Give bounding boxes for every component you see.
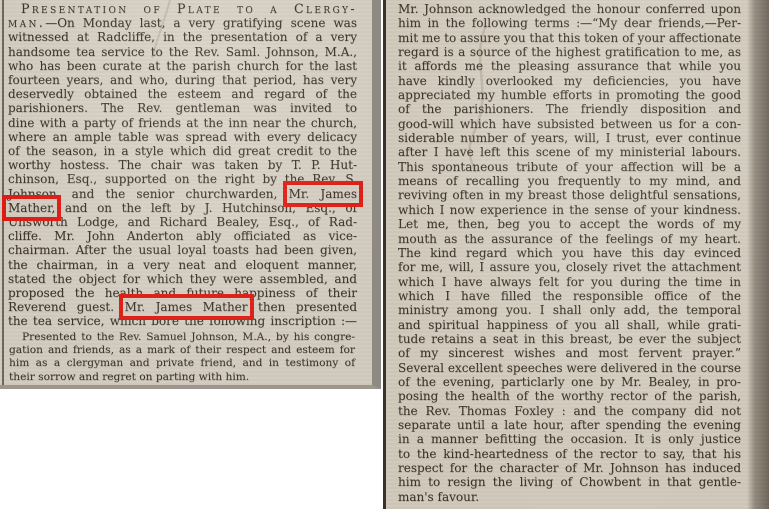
- line-text: mit me to assure you that this token of …: [398, 31, 741, 45]
- article-line: gation and friends, as a mark of their r…: [9, 344, 355, 357]
- article-line: chinson, Esq., supported on the right by…: [8, 172, 357, 186]
- line-text: chinson, Esq., supported on the right by…: [8, 172, 357, 186]
- page: Presentation of Plate to a Clergy-man.—O…: [0, 0, 769, 509]
- article-line: him to resign the living of Chowbent in …: [398, 475, 741, 489]
- article-line: him as a clergyman and private friend, a…: [9, 357, 355, 370]
- article-line: man.—On Monday last, a very gratifying s…: [8, 16, 357, 30]
- line-text: of my sincerest wishes and most fervent …: [398, 346, 741, 360]
- article-line: Several excellent speeches were delivere…: [398, 361, 741, 375]
- highlight-box: Mr. James Mather: [125, 300, 248, 314]
- line-text: him in the following terms :—“My dear fr…: [398, 16, 741, 30]
- left-clipping: Presentation of Plate to a Clergy-man.—O…: [0, 0, 381, 389]
- article-line: posing the health of the worthy rector o…: [398, 389, 741, 403]
- line-text: which I now experience in the sense of y…: [398, 203, 741, 217]
- line-text: Unsworth Lodge, and Richard Bealey, Esq.…: [8, 215, 357, 229]
- article-line: respect for the character of Mr. Johnson…: [398, 461, 741, 475]
- line-text: —On Monday last, a very gratifying scene…: [45, 16, 357, 30]
- gutter-shadow: [747, 0, 769, 509]
- article-line: stated the object for which they were as…: [8, 272, 357, 286]
- line-text: ministry among you. I shall only add, th…: [398, 303, 741, 317]
- highlight-box: Mather,: [8, 201, 55, 215]
- article-line: witnessed at Radcliffe, in the presentat…: [8, 30, 357, 44]
- article-line: fourteen years, and who, during that per…: [8, 73, 357, 87]
- line-text: in a manner befitting the occasion. It i…: [398, 432, 741, 446]
- article-line: the chairman, in a very neat and eloquen…: [8, 258, 357, 272]
- line-text: cliffe. Mr. John Anderton ably officiate…: [8, 229, 357, 243]
- article-line: and spiritual happiness of you all shall…: [398, 318, 741, 332]
- line-text: their sorrow and regret on parting with …: [9, 371, 249, 383]
- article-line: Reverend guest. Mr. James Mather then pr…: [8, 300, 357, 314]
- line-text: Presented to the Rev. Samuel Johnson, M.…: [22, 331, 355, 343]
- article-line: dine with a party of friends at the inn …: [8, 116, 357, 130]
- article-line: good-will which have subsisted between u…: [398, 117, 741, 131]
- line-text: Let me, then, beg you to accept the word…: [398, 217, 741, 231]
- article-line: means of recalling you frequently to my …: [398, 174, 741, 188]
- line-text: him to resign the living of Chowbent in …: [398, 475, 741, 489]
- article-line: for me, will, I assure you, closely rive…: [398, 260, 741, 274]
- article-line: Presentation of Plate to a Clergy-: [8, 2, 357, 16]
- line-text: have kindly overlooked my deficiencies, …: [398, 74, 741, 88]
- line-text: handsome tea service to the Rev. Saml. J…: [8, 45, 357, 59]
- line-text: of the evening, particlarly one by Mr. B…: [398, 375, 741, 389]
- line-text: the tea service, which bore the followin…: [8, 314, 357, 328]
- article-line: which I have filled the responsible offi…: [398, 289, 741, 303]
- inscription-text: Presented to the Rev. Samuel Johnson, M.…: [9, 331, 355, 384]
- line-text: deservedly obtained the esteem and regar…: [8, 87, 357, 101]
- line-text: appreciated my humble efforts in promoti…: [398, 88, 741, 102]
- article-line: their sorrow and regret on parting with …: [9, 371, 355, 384]
- line-text: Mr. Johnson acknowledged the honour conf…: [398, 2, 741, 16]
- article-line: worthy hostess. The chair was taken by T…: [8, 158, 357, 172]
- article-line: tude retains a seat in this breast, be e…: [398, 332, 741, 346]
- line-text: it affords me the pleasing assurance tha…: [398, 59, 741, 73]
- article-line: parishioners. The Rev. gentleman was inv…: [8, 101, 357, 115]
- line-text: the Rev. Thomas Foxley : and the company…: [398, 404, 741, 418]
- line-text: dine with a party of friends at the inn …: [8, 116, 357, 130]
- article-line: the tea service, which bore the followin…: [8, 314, 357, 328]
- article-line: of my sincerest wishes and most fervent …: [398, 346, 741, 360]
- article-line: of the season, in a style which did grea…: [8, 144, 357, 158]
- line-text: then presented: [248, 300, 357, 314]
- line-text: him as a clergyman and private friend, a…: [9, 357, 355, 369]
- article-line: man's favour.: [398, 490, 741, 504]
- line-text: for me, will, I assure you, closely rive…: [398, 260, 741, 274]
- line-text: respect for the character of Mr. Johnson…: [398, 461, 741, 475]
- article-line: cliffe. Mr. John Anderton ably officiate…: [8, 229, 357, 243]
- article-line: have kindly overlooked my deficiencies, …: [398, 74, 741, 88]
- line-text: siderable number of years, will, I trust…: [398, 131, 741, 145]
- left-article-text: Presentation of Plate to a Clergy-man.—O…: [8, 2, 357, 329]
- article-line: Mather, and on the left by J. Hutchinson…: [8, 201, 357, 215]
- article-line: chairman. After the usual loyal toasts h…: [8, 243, 357, 257]
- article-line: mouth as the assurance of the feelings o…: [398, 232, 741, 246]
- article-line: Let me, then, beg you to accept the word…: [398, 217, 741, 231]
- article-line: deservedly obtained the esteem and regar…: [8, 87, 357, 101]
- line-text: the chairman, in a very neat and eloquen…: [8, 258, 357, 272]
- line-text: of the parishioners. The friendly dispos…: [398, 102, 741, 116]
- line-text: after I have left this scene of my minis…: [398, 145, 741, 159]
- article-line: where an ample table was spread with eve…: [8, 130, 357, 144]
- line-text: Johnson, and the senior churchwarden,: [8, 187, 289, 201]
- line-text: posing the health of the worthy rector o…: [398, 389, 741, 403]
- line-text: man's favour.: [398, 490, 479, 504]
- article-line: mit me to assure you that this token of …: [398, 31, 741, 45]
- article-line: ministry among you. I shall only add, th…: [398, 303, 741, 317]
- article-line: The kind regard which you have this day …: [398, 246, 741, 260]
- line-text: to the kind-heartedness of the rector to…: [398, 447, 741, 461]
- article-line: in a manner befitting the occasion. It i…: [398, 432, 741, 446]
- line-text: witnessed at Radcliffe, in the presentat…: [8, 30, 357, 44]
- article-line: separate until a late hour, after spendi…: [398, 418, 741, 432]
- right-article-text: Mr. Johnson acknowledged the honour conf…: [398, 2, 741, 504]
- line-text: means of recalling you frequently to my …: [398, 174, 741, 188]
- line-text: Reverend guest.: [8, 300, 125, 314]
- line-text: who has been curate at the parish church…: [8, 59, 357, 73]
- article-line: him in the following terms :—“My dear fr…: [398, 16, 741, 30]
- article-line: it affords me the pleasing assurance tha…: [398, 59, 741, 73]
- line-text: Several excellent speeches were delivere…: [398, 361, 741, 375]
- line-text: This spontaneous tribute of your affecti…: [398, 160, 741, 174]
- article-line: to the kind-heartedness of the rector to…: [398, 447, 741, 461]
- line-text: which I have filled the responsible offi…: [398, 289, 741, 303]
- line-text: tude retains a seat in this breast, be e…: [398, 332, 741, 346]
- highlight-box: Mr. James: [289, 187, 357, 201]
- right-clipping: Mr. Johnson acknowledged the honour conf…: [383, 0, 769, 509]
- line-text: and on the left by J. Hutchinson, Esq., …: [55, 201, 357, 215]
- headline-smallcaps: Presentation of Plate to a Clergy-: [21, 1, 357, 16]
- line-text: which I have always felt for you during …: [398, 275, 741, 289]
- article-line: reviving often in my breast those deligh…: [398, 188, 741, 202]
- line-text: stated the object for which they were as…: [8, 272, 357, 286]
- line-text: chairman. After the usual loyal toasts h…: [8, 243, 357, 257]
- line-text: where an ample table was spread with eve…: [8, 130, 357, 144]
- article-line: Johnson, and the senior churchwarden, Mr…: [8, 187, 357, 201]
- article-line: Mr. Johnson acknowledged the honour conf…: [398, 2, 741, 16]
- line-text: fourteen years, and who, during that per…: [8, 73, 357, 87]
- article-line: Unsworth Lodge, and Richard Bealey, Esq.…: [8, 215, 357, 229]
- line-text: The kind regard which you have this day …: [398, 246, 741, 260]
- article-line: appreciated my humble efforts in promoti…: [398, 88, 741, 102]
- article-line: the Rev. Thomas Foxley : and the company…: [398, 404, 741, 418]
- article-line: after I have left this scene of my minis…: [398, 145, 741, 159]
- line-text: worthy hostess. The chair was taken by T…: [8, 158, 357, 172]
- article-line: of the parishioners. The friendly dispos…: [398, 102, 741, 116]
- line-text: parishioners. The Rev. gentleman was inv…: [8, 101, 357, 115]
- headline-smallcaps: man.: [8, 15, 45, 30]
- article-line: This spontaneous tribute of your affecti…: [398, 160, 741, 174]
- line-text: and spiritual happiness of you all shall…: [398, 318, 741, 332]
- line-text: separate until a late hour, after spendi…: [398, 418, 741, 432]
- article-line: Presented to the Rev. Samuel Johnson, M.…: [9, 331, 355, 344]
- article-line: regard is a source of the highest gratif…: [398, 45, 741, 59]
- line-text: regard is a source of the highest gratif…: [398, 45, 741, 59]
- article-line: siderable number of years, will, I trust…: [398, 131, 741, 145]
- column-rule: [2, 0, 4, 385]
- article-line: who has been curate at the parish church…: [8, 59, 357, 73]
- line-text: gation and friends, as a mark of their r…: [9, 344, 355, 356]
- article-line: which I have always felt for you during …: [398, 275, 741, 289]
- article-line: which I now experience in the sense of y…: [398, 203, 741, 217]
- line-text: reviving often in my breast those deligh…: [398, 188, 741, 202]
- line-text: mouth as the assurance of the feelings o…: [398, 232, 741, 246]
- line-text: proposed the health and future happiness…: [8, 286, 357, 300]
- article-line: of the evening, particlarly one by Mr. B…: [398, 375, 741, 389]
- article-line: handsome tea service to the Rev. Saml. J…: [8, 45, 357, 59]
- article-line: proposed the health and future happiness…: [8, 286, 357, 300]
- line-text: of the season, in a style which did grea…: [8, 144, 357, 158]
- line-text: good-will which have subsisted between u…: [398, 117, 741, 131]
